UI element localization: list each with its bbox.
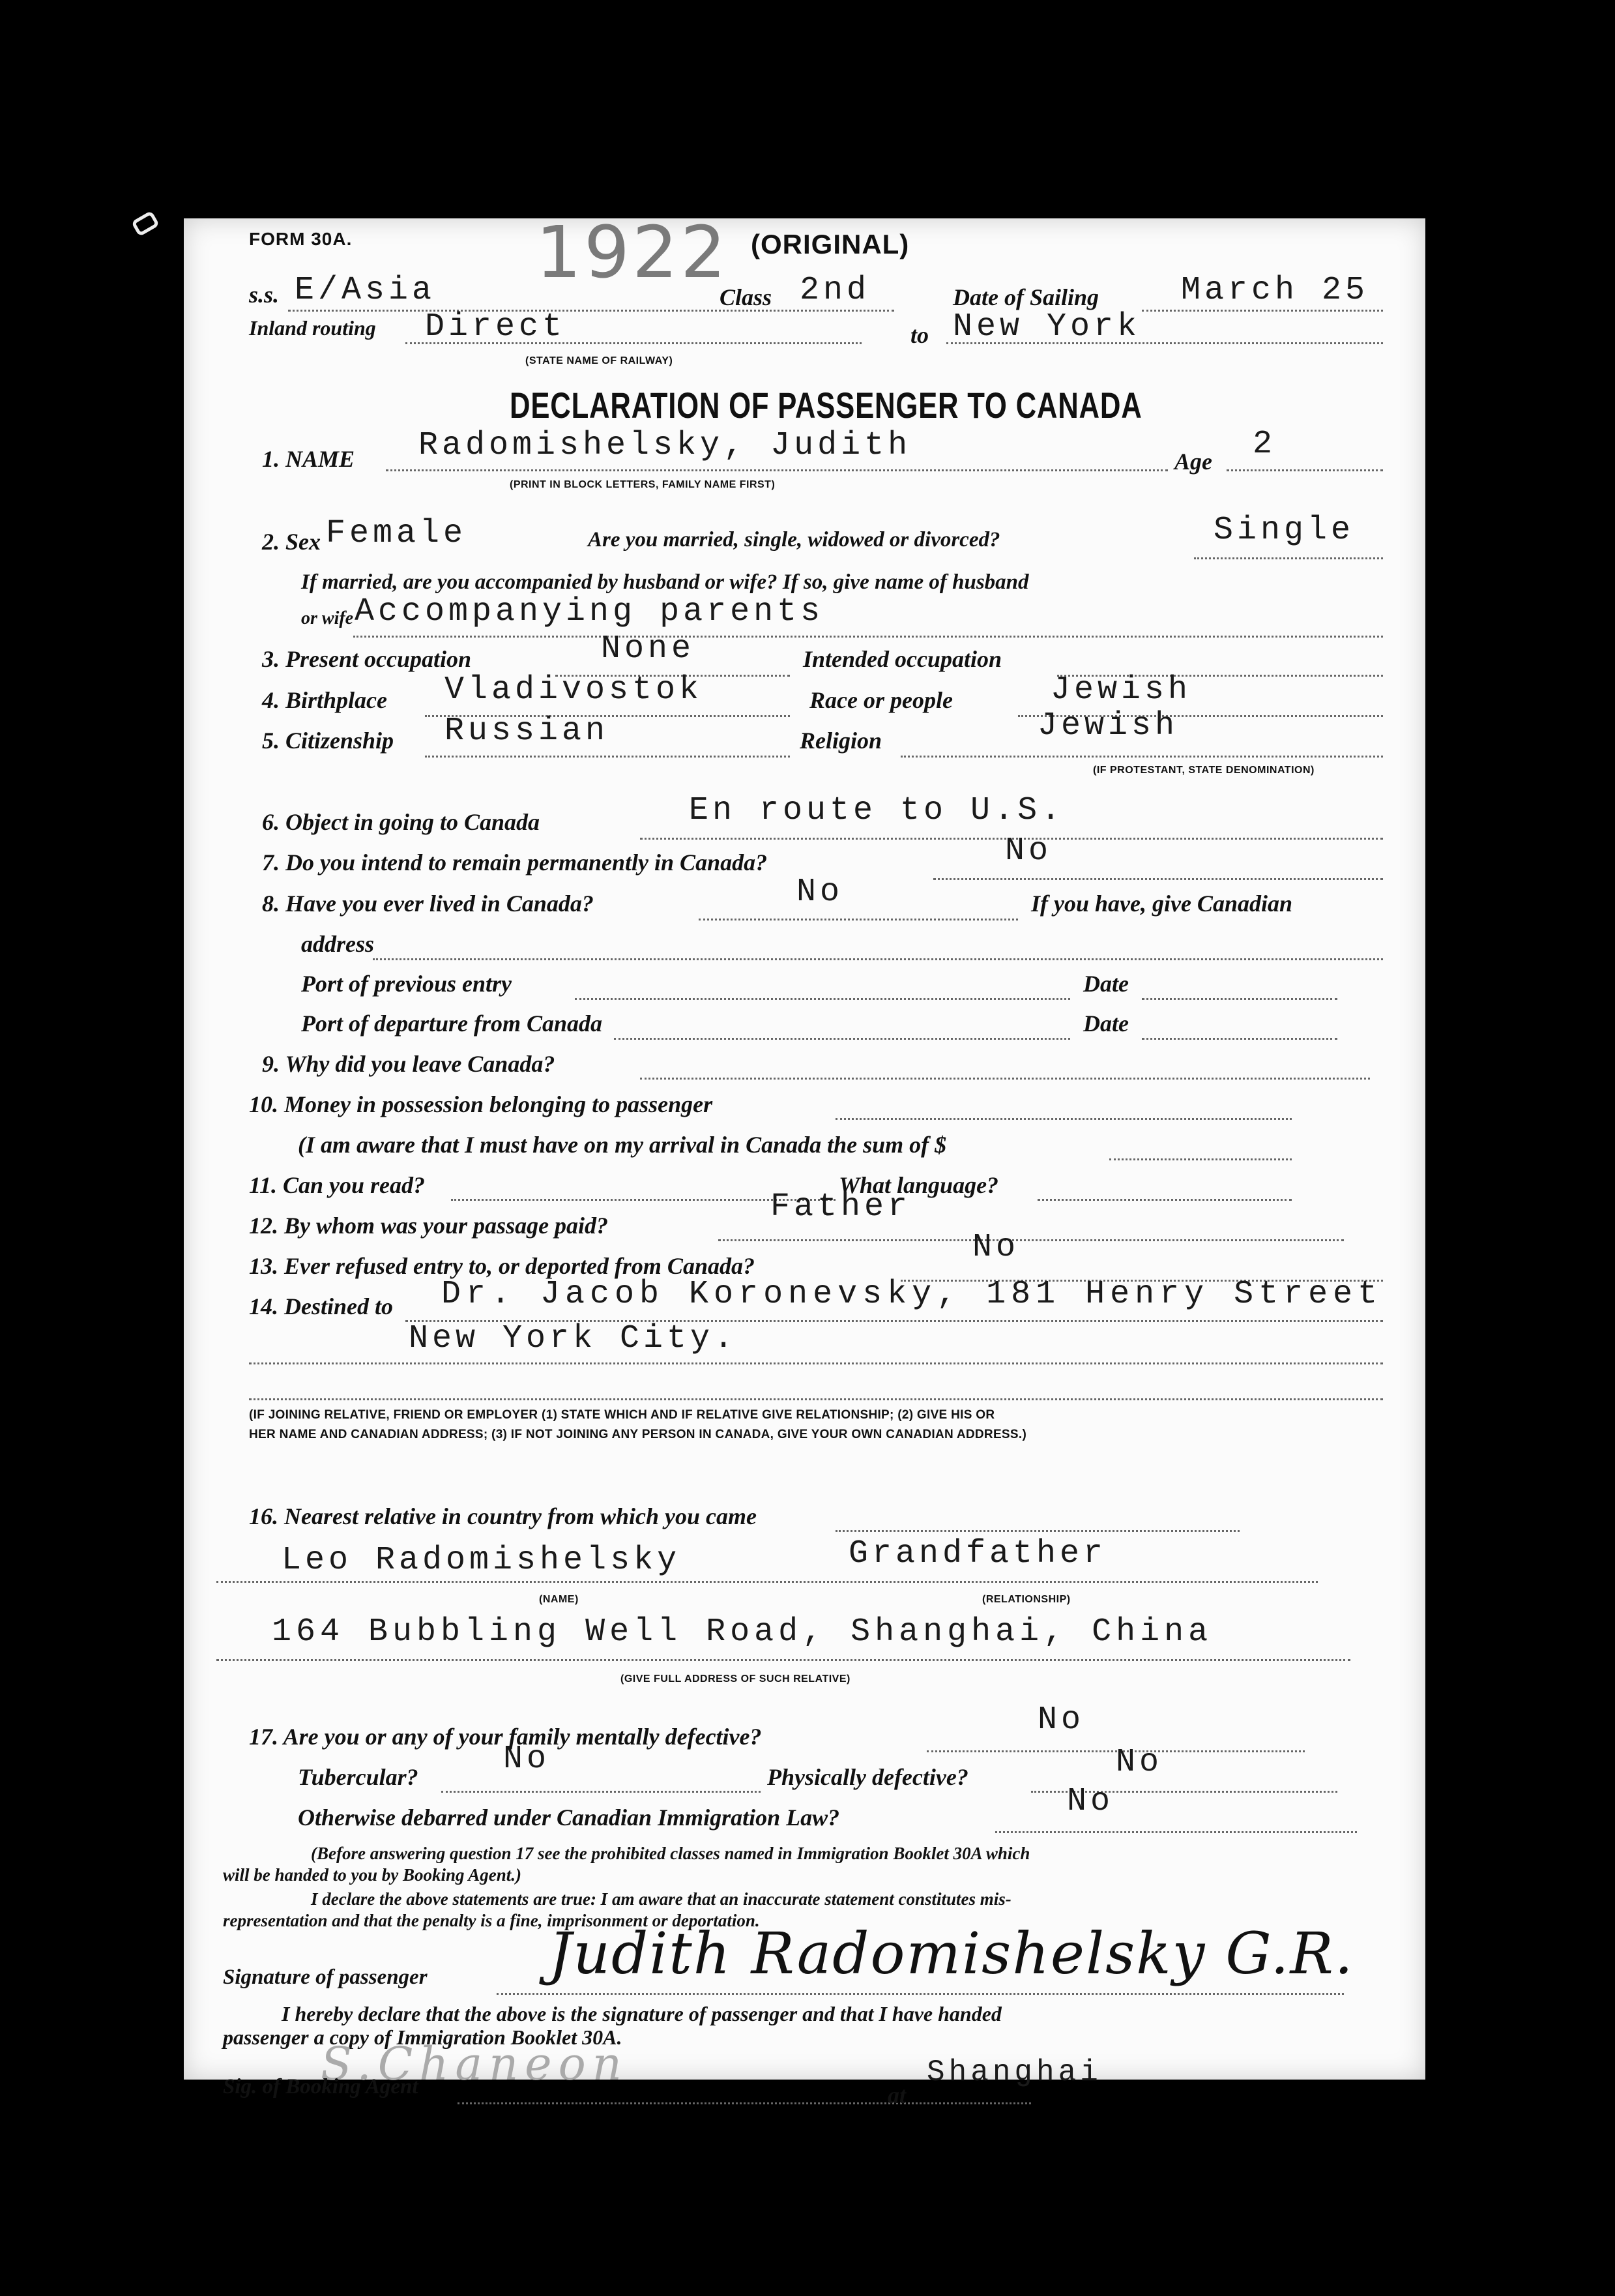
form-title: DECLARATION OF PASSENGER TO CANADA <box>510 384 1142 426</box>
debarred-line <box>995 1831 1357 1833</box>
destined-label: 14. Destined to <box>249 1293 393 1320</box>
inland-routing-label: Inland routing <box>249 316 376 340</box>
physical-value: No <box>1116 1744 1163 1781</box>
religion-value: Jewish <box>1038 707 1178 744</box>
citizenship-label: 5. Citizenship <box>262 727 394 754</box>
relative-relationship-value: Grandfather <box>849 1535 1107 1572</box>
money-awareness: (I am aware that I must have on my arriv… <box>298 1131 946 1158</box>
destined-line-3 <box>249 1398 1383 1400</box>
tubercular-label: Tubercular? <box>298 1763 418 1791</box>
agent-signature-label: Sig. of Booking Agent <box>223 2075 418 2099</box>
address-line <box>373 958 1383 960</box>
inland-routing-value: Direct <box>425 308 566 346</box>
lived-line <box>699 919 1018 920</box>
previous-entry-date-line <box>1142 998 1337 1000</box>
marital-line <box>1194 557 1383 559</box>
religion-line <box>901 756 1383 758</box>
sex-value: Female <box>326 515 467 552</box>
form-number: FORM 30A. <box>249 229 352 250</box>
money-label: 10. Money in possession belonging to pas… <box>249 1091 712 1118</box>
object-label: 6. Object in going to Canada <box>262 808 540 836</box>
language-line <box>1038 1199 1292 1201</box>
destined-value-line1: Dr. Jacob Koronevsky, 181 Henry Street <box>441 1276 1382 1313</box>
to-value: New York <box>953 308 1141 346</box>
relative-label: 16. Nearest relative in country from whi… <box>249 1503 757 1530</box>
departure-label: Port of departure from Canada <box>301 1010 602 1037</box>
name-value: Radomishelsky, Judith <box>418 427 911 464</box>
relative-address-note: (GIVE FULL ADDRESS OF SUCH RELATIVE) <box>620 1673 851 1685</box>
physical-label: Physically defective? <box>767 1763 968 1791</box>
destined-value-line2: New York City. <box>409 1320 737 1357</box>
relative-name-note: (NAME) <box>539 1594 579 1606</box>
sailing-line <box>1142 310 1383 312</box>
relative-name-line <box>216 1581 1318 1583</box>
agent-declaration-1: I hereby declare that the above is the s… <box>282 2002 1002 2026</box>
departure-date-line <box>1142 1038 1337 1040</box>
agent-signature-line <box>458 2102 1031 2104</box>
departure-line <box>614 1038 1070 1040</box>
race-label: Race or people <box>809 686 953 714</box>
marital-label: Are you married, single, widowed or divo… <box>588 528 1000 552</box>
age-label: Age <box>1174 448 1212 475</box>
birthplace-label: 4. Birthplace <box>262 686 387 714</box>
passage-value: Father <box>770 1188 911 1226</box>
booklet-note-2: will be handed to you by Booking Agent.) <box>223 1865 521 1885</box>
remain-line <box>933 878 1383 880</box>
film-clip-mark <box>131 211 160 237</box>
to-line <box>946 342 1383 344</box>
relative-relationship-note: (RELATIONSHIP) <box>982 1594 1071 1606</box>
class-value: 2nd <box>800 272 870 309</box>
mental-value: No <box>1038 1701 1084 1739</box>
passenger-declaration-form: FORM 30A. 1922 (ORIGINAL) s.s. E/Asia Cl… <box>184 218 1425 2080</box>
address-label: address <box>301 930 374 958</box>
occupation-value: None <box>601 630 695 668</box>
relative-name-value: Leo Radomishelsky <box>282 1542 680 1579</box>
ship-line <box>288 310 894 312</box>
passenger-signature-line <box>497 1993 1344 1995</box>
departure-date-label: Date <box>1083 1010 1129 1037</box>
passenger-signature-label: Signature of passenger <box>223 1965 428 1990</box>
spouse-line <box>353 636 1383 638</box>
race-value: Jewish <box>1051 671 1191 709</box>
religion-label: Religion <box>800 727 882 754</box>
refused-value: No <box>972 1229 1019 1266</box>
name-label: 1. NAME <box>262 445 355 473</box>
tubercular-value: No <box>503 1741 550 1778</box>
passage-line <box>718 1239 1344 1241</box>
destined-note-line2: HER NAME AND CANADIAN ADDRESS; (3) IF NO… <box>249 1428 1026 1442</box>
at-label: at <box>888 2082 906 2109</box>
destined-note-line1: (IF JOINING RELATIVE, FRIEND OR EMPLOYER… <box>249 1408 995 1422</box>
original-label: (ORIGINAL) <box>751 229 909 260</box>
previous-entry-date-label: Date <box>1083 970 1129 997</box>
name-note: (PRINT IN BLOCK LETTERS, FAMILY NAME FIR… <box>510 479 775 491</box>
previous-entry-line <box>575 998 1070 1000</box>
relative-address-line <box>216 1659 1350 1661</box>
destined-line-2 <box>249 1362 1383 1364</box>
citizenship-value: Russian <box>444 713 609 750</box>
spouse-label: or wife <box>301 608 353 629</box>
ship-value: E/Asia <box>295 272 435 309</box>
to-label: to <box>910 321 929 349</box>
spouse-question: If married, are you accompanied by husba… <box>301 570 1029 595</box>
relative-address-value: 164 Bubbling Well Road, Shanghai, China <box>272 1613 1212 1651</box>
religion-note: (IF PROTESTANT, STATE DENOMINATION) <box>1093 765 1315 776</box>
passenger-signature[interactable]: Judith Radomishelsky G.R. <box>549 1920 1354 1987</box>
money-sum-line <box>1109 1158 1292 1160</box>
debarred-value: No <box>1067 1783 1114 1820</box>
birthplace-value: Vladivostok <box>444 671 703 709</box>
ship-label: s.s. <box>249 281 279 308</box>
money-line <box>836 1118 1292 1120</box>
name-line <box>386 469 1168 471</box>
relative-label-line <box>836 1530 1240 1532</box>
marital-value: Single <box>1214 512 1354 549</box>
previous-entry-label: Port of previous entry <box>301 970 512 997</box>
remain-label: 7. Do you intend to remain permanently i… <box>262 849 767 876</box>
sailing-date-label: Date of Sailing <box>953 284 1099 311</box>
spouse-value: Accompanying parents <box>355 593 824 630</box>
sex-label: 2. Sex <box>262 528 321 555</box>
intended-occupation-label: Intended occupation <box>803 645 1002 673</box>
at-value: Shanghai <box>927 2055 1102 2089</box>
sailing-date-value: March 25 <box>1181 272 1369 309</box>
read-label: 11. Can you read? <box>249 1171 425 1199</box>
booklet-note-1: (Before answering question 17 see the pr… <box>311 1844 1030 1864</box>
address-prompt: If you have, give Canadian <box>1031 890 1292 917</box>
leave-label: 9. Why did you leave Canada? <box>262 1050 555 1078</box>
object-value: En route to U.S. <box>689 792 1064 829</box>
lived-label: 8. Have you ever lived in Canada? <box>262 890 594 917</box>
declaration-1: I declare the above statements are true:… <box>311 1889 1011 1909</box>
year-stamp: 1922 <box>536 211 729 294</box>
remain-value: No <box>1005 832 1052 870</box>
passage-label: 12. By whom was your passage paid? <box>249 1212 608 1239</box>
occupation-label: 3. Present occupation <box>262 645 471 673</box>
citizenship-line <box>425 756 790 758</box>
age-line <box>1227 469 1383 471</box>
railway-note: (STATE NAME OF RAILWAY) <box>525 355 673 367</box>
class-label: Class <box>720 284 772 311</box>
age-value: 2 <box>1253 426 1276 463</box>
lived-value: No <box>796 874 843 911</box>
tubercular-line <box>441 1791 761 1793</box>
debarred-label: Otherwise debarred under Canadian Immigr… <box>298 1804 839 1831</box>
inland-line <box>405 342 862 344</box>
leave-line <box>640 1078 1370 1080</box>
